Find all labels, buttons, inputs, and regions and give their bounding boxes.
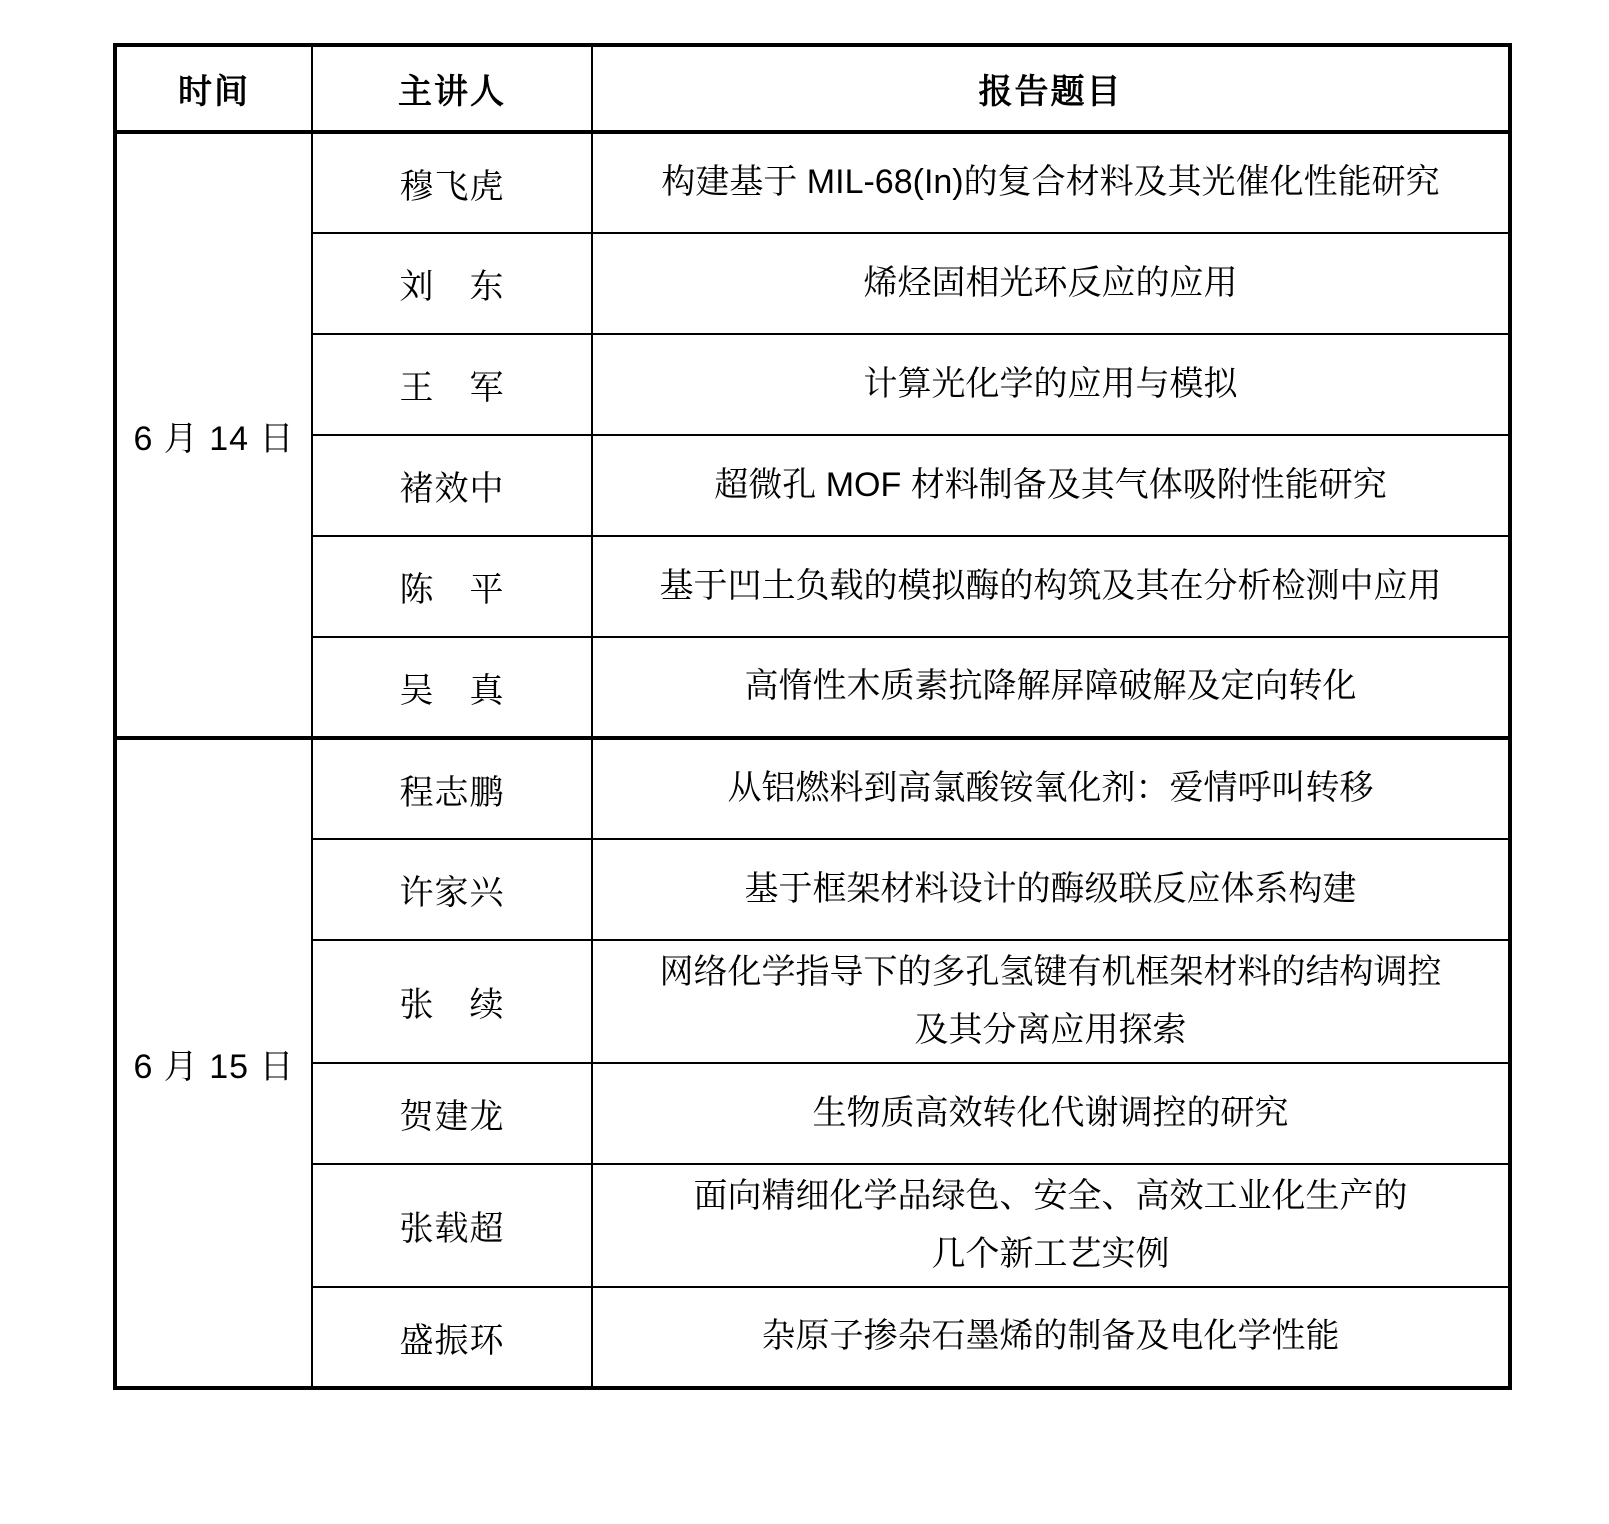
speaker-cell: 贺建龙: [312, 1063, 592, 1164]
speaker-cell: 王 军: [312, 334, 592, 435]
title-cell: 网络化学指导下的多孔氢键有机框架材料的结构调控 及其分离应用探索: [592, 940, 1510, 1063]
title-cell: 从铝燃料到高氯酸铵氧化剂：爱情呼叫转移: [592, 738, 1510, 839]
date-cell-jun14: 6 月 14 日: [115, 132, 312, 738]
title-cell: 基于框架材料设计的酶级联反应体系构建: [592, 839, 1510, 940]
title-cell: 杂原子掺杂石墨烯的制备及电化学性能: [592, 1287, 1510, 1388]
speaker-cell: 张 续: [312, 940, 592, 1063]
title-cell: 烯烃固相光环反应的应用: [592, 233, 1510, 334]
table-row: 6 月 14 日 穆飞虎 构建基于 MIL-68(In)的复合材料及其光催化性能…: [115, 132, 1510, 233]
column-header-speaker: 主讲人: [312, 45, 592, 132]
table-row: 张 续 网络化学指导下的多孔氢键有机框架材料的结构调控 及其分离应用探索: [115, 940, 1510, 1063]
table-row: 褚效中 超微孔 MOF 材料制备及其气体吸附性能研究: [115, 435, 1510, 536]
table-row: 许家兴 基于框架材料设计的酶级联反应体系构建: [115, 839, 1510, 940]
speaker-cell: 褚效中: [312, 435, 592, 536]
table-row: 6 月 15 日 程志鹏 从铝燃料到高氯酸铵氧化剂：爱情呼叫转移: [115, 738, 1510, 839]
table-row: 王 军 计算光化学的应用与模拟: [115, 334, 1510, 435]
table-row: 张载超 面向精细化学品绿色、安全、高效工业化生产的 几个新工艺实例: [115, 1164, 1510, 1287]
speaker-cell: 穆飞虎: [312, 132, 592, 233]
column-header-title: 报告题目: [592, 45, 1510, 132]
date-cell-jun15: 6 月 15 日: [115, 738, 312, 1388]
speaker-cell: 盛振环: [312, 1287, 592, 1388]
speaker-cell: 许家兴: [312, 839, 592, 940]
table-row: 盛振环 杂原子掺杂石墨烯的制备及电化学性能: [115, 1287, 1510, 1388]
column-header-time: 时间: [115, 45, 312, 132]
table-row: 吴 真 高惰性木质素抗降解屏障破解及定向转化: [115, 637, 1510, 738]
title-cell: 构建基于 MIL-68(In)的复合材料及其光催化性能研究: [592, 132, 1510, 233]
table-row: 陈 平 基于凹土负载的模拟酶的构筑及其在分析检测中应用: [115, 536, 1510, 637]
speaker-cell: 陈 平: [312, 536, 592, 637]
table-row: 刘 东 烯烃固相光环反应的应用: [115, 233, 1510, 334]
schedule-table: 时间 主讲人 报告题目 6 月 14 日 穆飞虎 构建基于 MIL-68(In)…: [113, 43, 1512, 1390]
speaker-cell: 吴 真: [312, 637, 592, 738]
title-cell: 超微孔 MOF 材料制备及其气体吸附性能研究: [592, 435, 1510, 536]
table-row: 贺建龙 生物质高效转化代谢调控的研究: [115, 1063, 1510, 1164]
title-cell: 高惰性木质素抗降解屏障破解及定向转化: [592, 637, 1510, 738]
title-cell: 面向精细化学品绿色、安全、高效工业化生产的 几个新工艺实例: [592, 1164, 1510, 1287]
table-header-row: 时间 主讲人 报告题目: [115, 45, 1510, 132]
title-cell: 基于凹土负载的模拟酶的构筑及其在分析检测中应用: [592, 536, 1510, 637]
title-cell: 生物质高效转化代谢调控的研究: [592, 1063, 1510, 1164]
speaker-cell: 程志鹏: [312, 738, 592, 839]
document-page: 时间 主讲人 报告题目 6 月 14 日 穆飞虎 构建基于 MIL-68(In)…: [0, 0, 1609, 1524]
speaker-cell: 刘 东: [312, 233, 592, 334]
speaker-cell: 张载超: [312, 1164, 592, 1287]
title-cell: 计算光化学的应用与模拟: [592, 334, 1510, 435]
